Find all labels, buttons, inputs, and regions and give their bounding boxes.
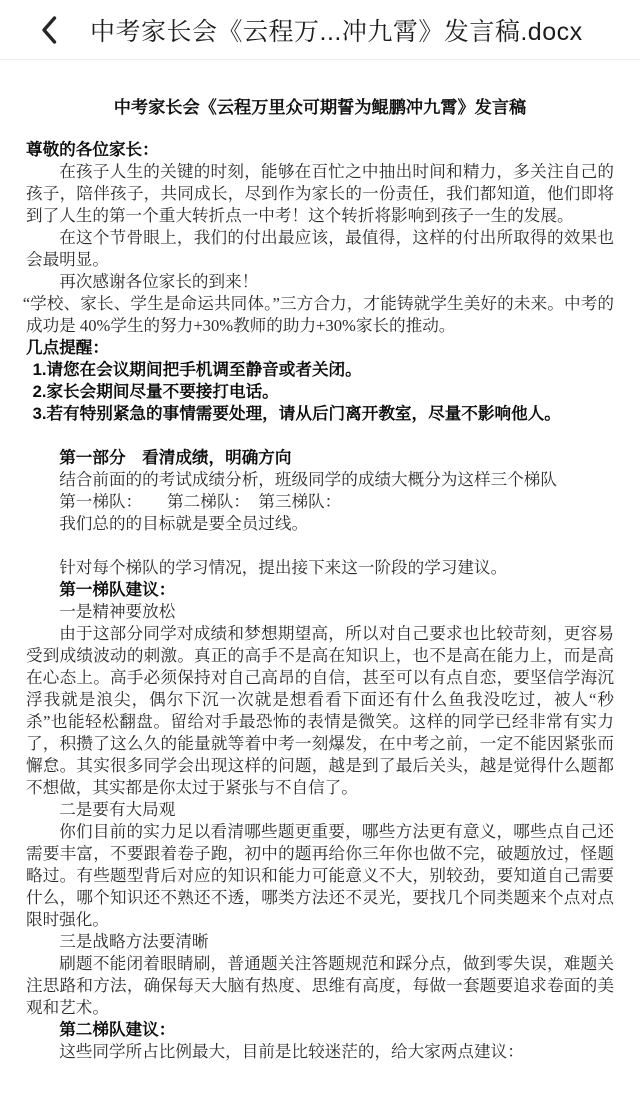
reminders-heading: 几点提醒： [26, 337, 614, 359]
app-header: 中考家长会《云程万...冲九霄》发言稿.docx [0, 0, 640, 60]
paragraph: 由于这部分同学对成绩和梦想期望高，所以对自己要求也比较苛刻，更容易受到成绩波动的… [26, 623, 614, 799]
tier-list-line: 第一梯队： 第二梯队： 第三梯队： [26, 491, 614, 513]
quote-paragraph: “学校、家长、学生是命运共同体。”三方合力，才能铸就学生美好的未来。中考的成功是… [26, 293, 614, 337]
paragraph: 结合前面的的考试成绩分析，班级同学的成绩大概分为这样三个梯队 [26, 469, 614, 491]
paragraph: 在这个节骨眼上，我们的付出最应该，最值得，这样的付出所取得的效果也会最明显。 [26, 227, 614, 271]
tier-2-advice-heading: 第二梯队建议： [26, 1019, 614, 1041]
tier-1-advice-heading: 第一梯队建议： [26, 579, 614, 601]
document-page: 中考家长会《云程万里众可期誓为鲲鹏冲九霄》发言稿 尊敬的各位家长： 在孩子人生的… [0, 60, 640, 1118]
paragraph: 刷题不能闭着眼睛刷，普通题关注答题规范和踩分点，做到零失误，难题关注思路和方法，… [26, 953, 614, 1019]
paragraph: 针对每个梯队的学习情况，提出接下来这一阶段的学习建议。 [26, 557, 614, 579]
section-1-heading: 第一部分 看清成绩，明确方向 [26, 447, 614, 469]
paragraph: 再次感谢各位家长的到来！ [26, 271, 614, 293]
paragraph: 这些同学所占比例最大，目前是比较迷茫的，给大家两点建议： [26, 1041, 614, 1063]
salutation: 尊敬的各位家长： [26, 139, 614, 161]
document-viewer[interactable]: 中考家长会《云程万里众可期誓为鲲鹏冲九霄》发言稿 尊敬的各位家长： 在孩子人生的… [0, 60, 640, 1118]
file-title: 中考家长会《云程万...冲九霄》发言稿.docx [90, 12, 583, 48]
reminder-item-2: 2.家长会期间尽量不要接打电话。 [26, 381, 614, 403]
reminder-item-3: 3.若有特别紧急的事情需要处理，请从后门离开教室，尽量不影响他人。 [26, 403, 614, 425]
back-button[interactable] [38, 14, 60, 46]
advice-1-subheading: 一是精神要放松 [26, 601, 614, 623]
document-title: 中考家长会《云程万里众可期誓为鲲鹏冲九霄》发言稿 [26, 96, 614, 118]
advice-3-subheading: 三是战略方法要清晰 [26, 931, 614, 953]
advice-2-subheading: 二是要有大局观 [26, 799, 614, 821]
paragraph: 在孩子人生的关键的时刻，能够在百忙之中抽出时间和精力，多关注自己的孩子，陪伴孩子… [26, 161, 614, 227]
reminder-item-1: 1.请您在会议期间把手机调至静音或者关闭。 [26, 359, 614, 381]
blank-line [26, 425, 614, 447]
chevron-left-icon [39, 15, 59, 45]
paragraph: 你们目前的实力足以看清哪些题更重要，哪些方法更有意义，哪些点自己还需要丰富，不要… [26, 821, 614, 931]
paragraph: 我们总的的目标就是要全员过线。 [26, 513, 614, 535]
blank-line [26, 535, 614, 557]
